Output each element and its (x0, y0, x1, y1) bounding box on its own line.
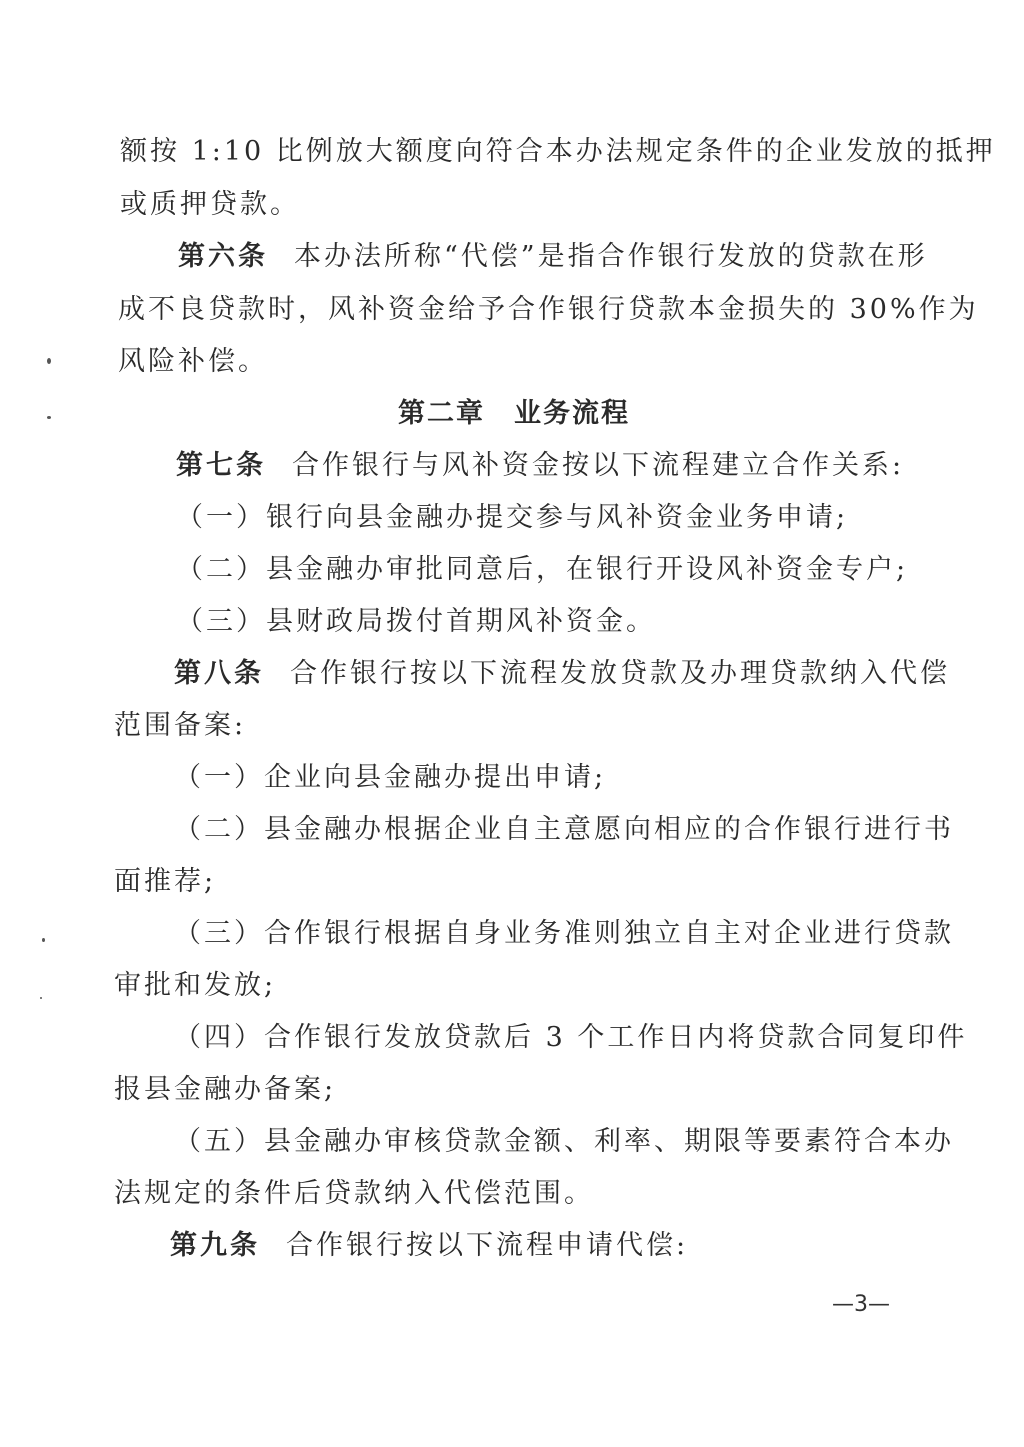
paragraph-line: 审批和发放; (114, 969, 276, 1003)
paragraph-line: 面推荐; (114, 865, 216, 899)
line-text: （四）合作银行发放贷款后 3 个工作日内将贷款合同复印件 (174, 1022, 967, 1053)
article-label: 第九条 (170, 1230, 260, 1261)
paragraph-line: 或质押贷款。 (120, 188, 300, 222)
line-text: （二）县金融办根据企业自主意愿向相应的合作银行进行书 (174, 814, 954, 845)
line-text: （五）县金融办审核贷款金额、利率、期限等要素符合本办 (174, 1126, 954, 1157)
line-text: 成不良贷款时，风补资金给予合作银行贷款本金损失的 30%作为 (118, 294, 979, 325)
list-item: （五）县金融办审核贷款金额、利率、期限等要素符合本办 (174, 1125, 954, 1159)
paragraph-line: 风险补偿。 (118, 345, 268, 379)
paragraph-line: 成不良贷款时，风补资金给予合作银行贷款本金损失的 30%作为 (118, 293, 979, 327)
list-item: （三）县财政局拨付首期风补资金。 (176, 605, 656, 639)
article-7: 第七条合作银行与风补资金按以下流程建立合作关系: (176, 449, 904, 483)
chapter-title: 第二章 业务流程 (398, 398, 630, 429)
scan-speck (47, 416, 51, 419)
scan-speck (47, 358, 51, 364)
list-item: （一）企业向县金融办提出申请; (174, 761, 606, 795)
line-text: （一）银行向县金融办提交参与风补资金业务申请; (176, 502, 848, 533)
article-label: 第七条 (176, 450, 266, 481)
list-item: （二）县金融办审批同意后，在银行开设风补资金专户; (176, 553, 908, 587)
line-text: 报县金融办备案; (114, 1074, 336, 1105)
line-text: （三）县财政局拨付首期风补资金。 (176, 606, 656, 637)
document-page: 额按 1:10 比例放大额度向符合本办法规定条件的企业发放的抵押 或质押贷款。 … (0, 0, 1024, 1447)
list-item: （三）合作银行根据自身业务准则独立自主对企业进行贷款 (174, 917, 954, 951)
line-text: 本办法所称“代偿”是指合作银行发放的贷款在形 (294, 241, 928, 272)
line-text: 风险补偿。 (118, 346, 268, 377)
scan-speck (42, 938, 45, 942)
article-label: 第八条 (174, 658, 264, 689)
list-item: （四）合作银行发放贷款后 3 个工作日内将贷款合同复印件 (174, 1021, 967, 1055)
list-item: （一）银行向县金融办提交参与风补资金业务申请; (176, 501, 848, 535)
line-text: 额按 1:10 比例放大额度向符合本办法规定条件的企业发放的抵押 (120, 136, 996, 167)
article-label: 第六条 (178, 241, 268, 272)
paragraph-line: 范围备案: (114, 709, 246, 743)
chapter-heading: 第二章 业务流程 (398, 397, 630, 431)
line-text: 合作银行按以下流程发放贷款及办理贷款纳入代偿 (290, 658, 950, 689)
line-text: （三）合作银行根据自身业务准则独立自主对企业进行贷款 (174, 918, 954, 949)
line-text: 面推荐; (114, 866, 216, 897)
article-8: 第八条合作银行按以下流程发放贷款及办理贷款纳入代偿 (174, 657, 950, 691)
article-9: 第九条合作银行按以下流程申请代偿: (170, 1229, 688, 1263)
line-text: （一）企业向县金融办提出申请; (174, 762, 606, 793)
line-text: 法规定的条件后贷款纳入代偿范围。 (114, 1178, 594, 1209)
list-item: （二）县金融办根据企业自主意愿向相应的合作银行进行书 (174, 813, 954, 847)
line-text: 审批和发放; (114, 970, 276, 1001)
line-text: 合作银行按以下流程申请代偿: (286, 1230, 688, 1261)
line-text: 或质押贷款。 (120, 189, 300, 220)
scan-speck (40, 997, 42, 999)
line-text: 范围备案: (114, 710, 246, 741)
line-text: 合作银行与风补资金按以下流程建立合作关系: (292, 450, 904, 481)
paragraph-line: 额按 1:10 比例放大额度向符合本办法规定条件的企业发放的抵押 (120, 135, 996, 169)
page-number: —3— (832, 1292, 890, 1317)
line-text: （二）县金融办审批同意后，在银行开设风补资金专户; (176, 554, 908, 585)
paragraph-line: 报县金融办备案; (114, 1073, 336, 1107)
article-6: 第六条本办法所称“代偿”是指合作银行发放的贷款在形 (178, 240, 928, 274)
paragraph-line: 法规定的条件后贷款纳入代偿范围。 (114, 1177, 594, 1211)
